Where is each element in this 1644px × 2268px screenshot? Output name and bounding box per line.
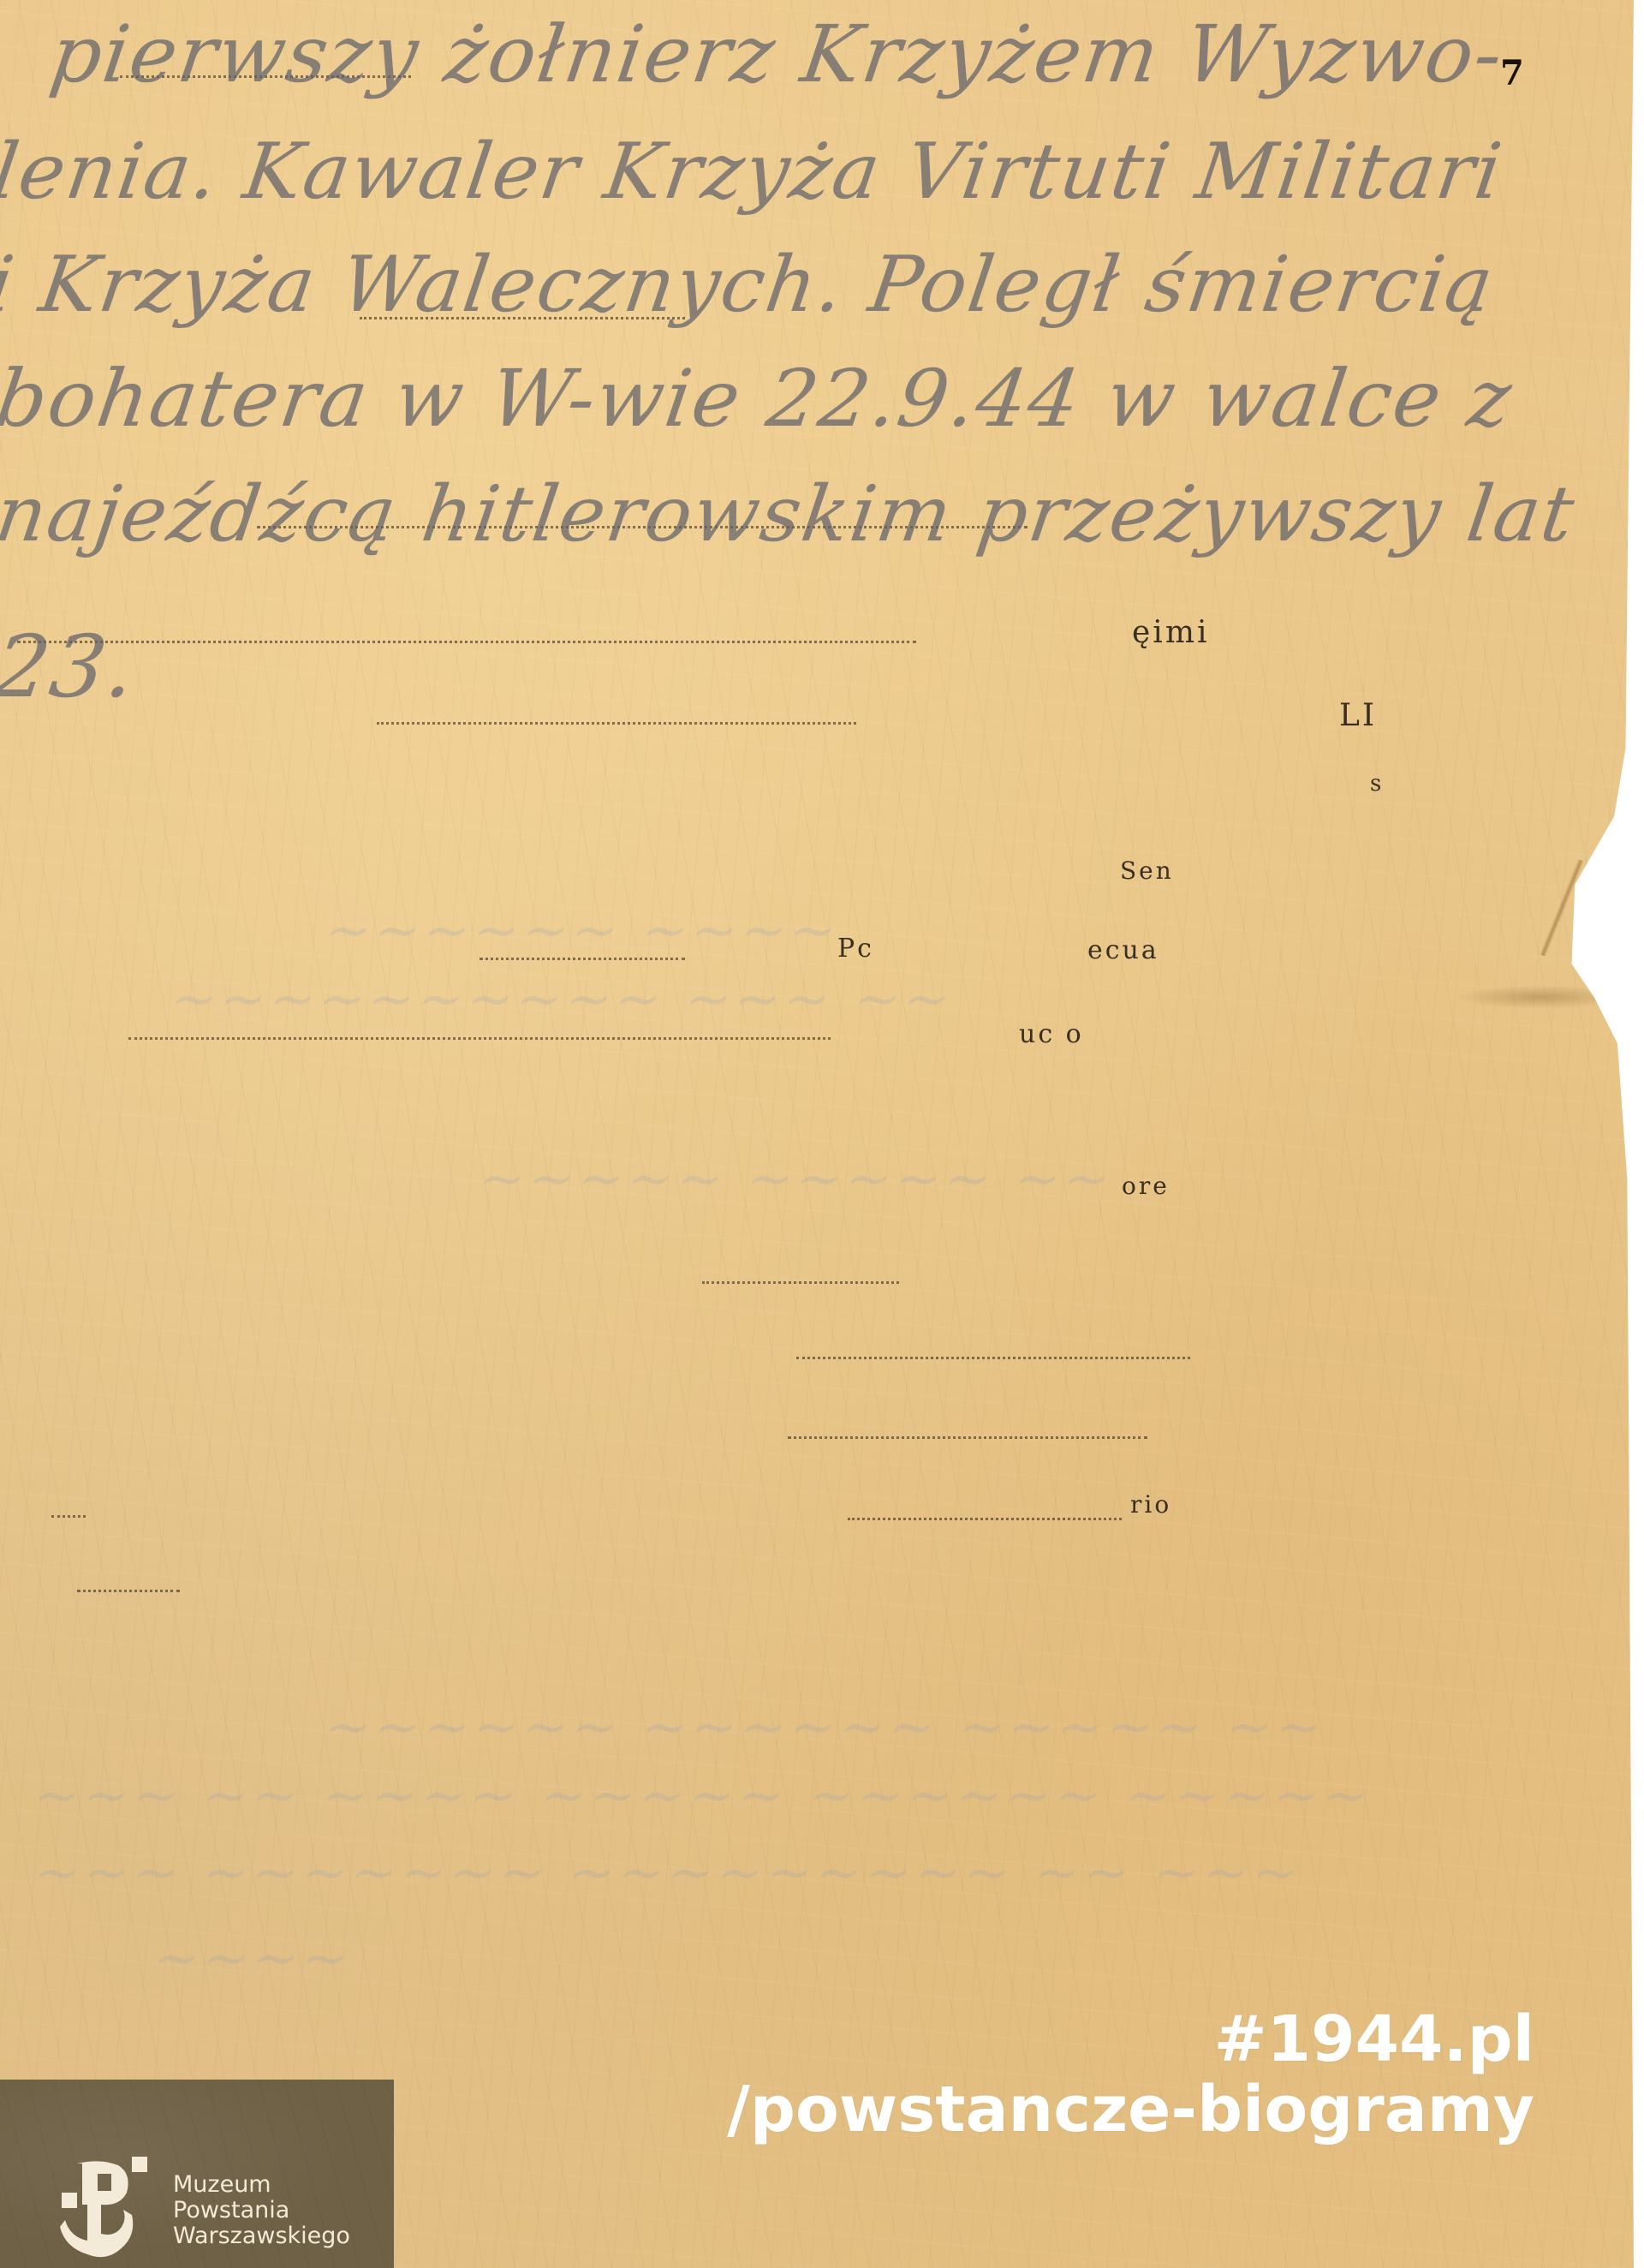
form-line [377,722,856,725]
paper-tear-fold [1540,859,1584,957]
form-line [128,1037,831,1040]
form-line [17,641,916,643]
bleed-through-text: ~~~~ [148,1927,357,1990]
printed-fragment: uc o [1019,1019,1084,1049]
handwriting-line-6: 23. [0,617,143,717]
page-number: 7 [1500,53,1524,93]
museum-branding-box: Muzeum Powstania Warszawskiego [0,2080,394,2268]
form-line [702,1281,899,1284]
form-line [848,1518,1122,1520]
bleed-through-text: ~~~~~ ~~~~~ ~~ [474,1148,1118,1211]
form-line [77,1590,180,1592]
form-line [796,1357,1190,1359]
printed-fragment: s [1370,771,1384,797]
handwriting-line-4: bohatera w W-wie 22.9.44 w walce z [0,353,1518,445]
document-paper: 7 ęimi LI s Sen Pc ecua uc o ore rio pie… [0,0,1634,2268]
bleed-through-text: ~~~~~~ ~~~~~~ ~~~~~ ~~ [319,1696,1331,1759]
bleed-through-text: ~~~~~~ ~~~~ [319,899,845,963]
bleed-through-text: ~~~~~~~~~~ ~~~ ~~ [165,968,958,1031]
handwriting-line-1: pierwszy żołnierz Krzyżem Wyzwo- [45,9,1510,100]
printed-fragment: LI [1339,698,1377,733]
kotwica-anchor-icon [53,2155,149,2265]
bleed-through-text: ~~~ ~~ ~~~~ ~~~~~ ~~~~~~ ~~~~~ [28,1764,1377,1828]
watermark-path: /powstancze-biogramy [727,2073,1534,2146]
museum-name-line: Warszawskiego [173,2223,350,2249]
paper-crease [1456,985,1627,1009]
form-line [51,1515,86,1518]
watermark-site: #1944.pl [1214,2002,1534,2076]
printed-fragment: ęimi [1132,615,1209,650]
printed-fragment: ore [1122,1172,1170,1200]
printed-fragment: Sen [1120,856,1174,885]
printed-fragment: ecua [1087,935,1159,965]
bleed-through-text: ~~~ ~~~~~~~ ~~~~~~~~~ ~~ ~~~ [28,1841,1307,1905]
handwriting-line-5: najeźdźcą hitlerowskim przeżywszy lat [0,469,1581,559]
museum-name: Muzeum Powstania Warszawskiego [173,2172,350,2249]
form-line [788,1436,1147,1439]
handwriting-line-2: lenia. Kawaler Krzyża Virtuti Militari [0,127,1509,217]
museum-name-line: Powstania [173,2198,350,2223]
printed-fragment: Pc [837,934,874,964]
handwriting-line-3: i Krzyża Walecznych. Poległ śmiercią [0,240,1500,330]
printed-fragment: rio [1130,1490,1171,1519]
museum-name-line: Muzeum [173,2172,350,2198]
